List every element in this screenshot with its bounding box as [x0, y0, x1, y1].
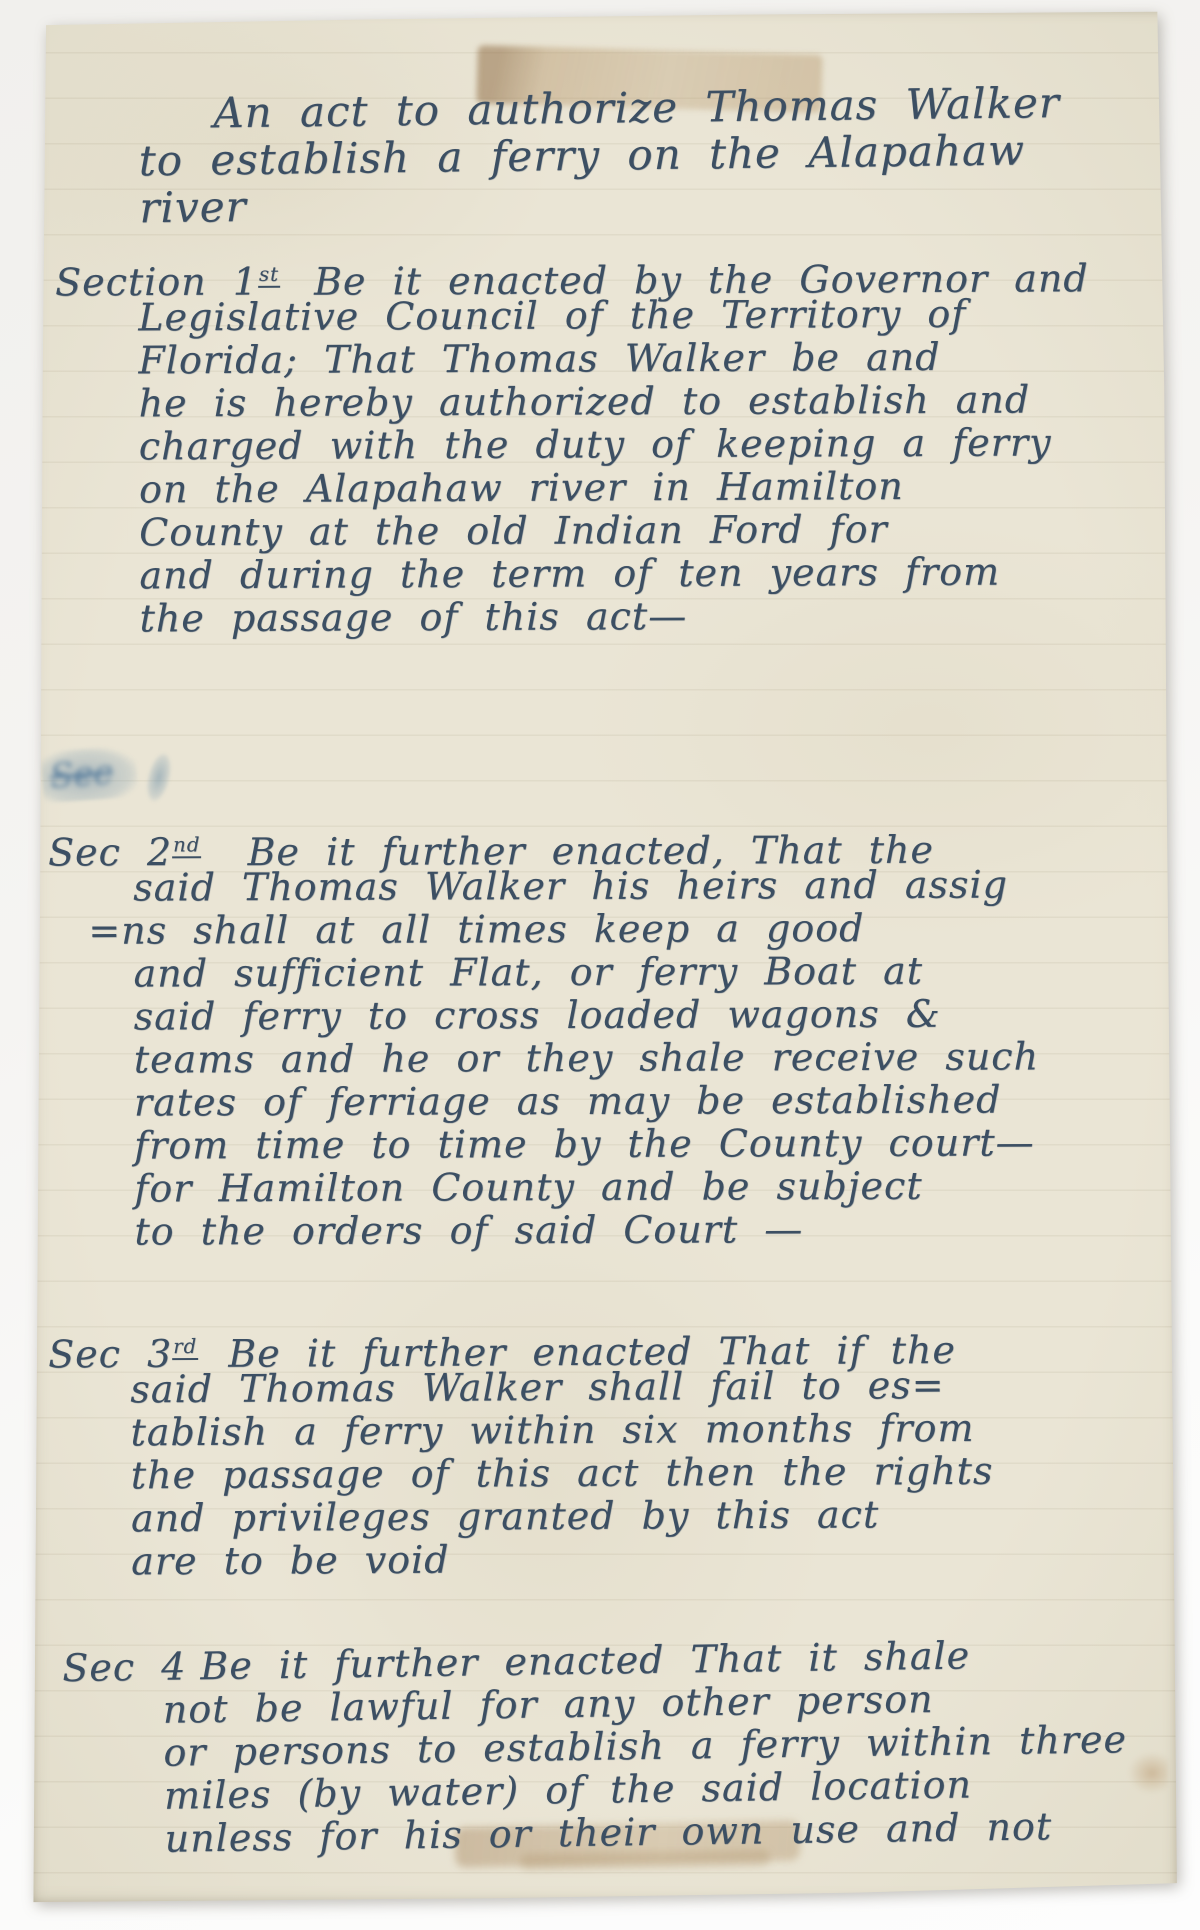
section-label-ordinal: rd	[172, 1335, 198, 1360]
manuscript-line: teams and he or they shale receive such	[134, 1035, 1200, 1082]
manuscript-line: Florida; That Thomas Walker be and	[138, 335, 1200, 383]
section-label-ordinal: nd	[172, 833, 201, 858]
manuscript-line: rates of ferriage as may be established	[134, 1078, 1200, 1125]
scanned-document-page: Sec An act to authorize Thomas Walkerto …	[0, 0, 1200, 1930]
ink-smudge-struck-word: Sec	[40, 745, 138, 804]
section-3: Sec 3rdBe it further enacted That if the…	[0, 1320, 1200, 1584]
manuscript-line: =ns shall at all times keep a good	[88, 906, 1200, 953]
manuscript-line: charged with the duty of keeping a ferry	[139, 421, 1200, 469]
manuscript-line: said ferry to cross loaded wagons &	[134, 992, 1200, 1039]
manuscript-line: tablish a ferry within six months from	[130, 1406, 1200, 1455]
manuscript-line: on the Alapahaw river in Hamilton	[139, 464, 1200, 512]
section-label-ordinal: st	[258, 263, 280, 288]
manuscript-line: and privileges granted by this act	[131, 1492, 1200, 1541]
document-title: An act to authorize Thomas Walkerto esta…	[0, 77, 1200, 233]
manuscript-line: for Hamilton County and be subject	[134, 1164, 1200, 1211]
manuscript-line: said Thomas Walker his heirs and assig	[133, 863, 1200, 910]
manuscript-line: he is hereby authorized to establish and	[139, 378, 1200, 426]
manuscript-line: the passage of this act then the rights	[131, 1449, 1200, 1498]
manuscript-line: said Thomas Walker shall fail to es=	[130, 1363, 1200, 1412]
section-1: Section 1stBe it enacted by the Governor…	[0, 249, 1200, 641]
section-2: Sec 2ndBe it further enacted, That thesa…	[0, 820, 1200, 1254]
manuscript-line: are to be void	[131, 1535, 1200, 1584]
manuscript-line: County at the old Indian Ford for	[139, 507, 1200, 555]
section-first-line: Section 1stBe it enacted by the Governor…	[55, 249, 1200, 297]
struck-margin-text: Sec	[40, 745, 138, 804]
section-4: Sec 4Be it further enacted That it shale…	[0, 1631, 1200, 1863]
manuscript-line: and during the term of ten years from	[139, 550, 1200, 598]
section-label: Sec 4	[62, 1644, 187, 1690]
manuscript-line: and sufficient Flat, or ferry Boat at	[133, 949, 1200, 996]
manuscript-line: to the orders of said Court —	[134, 1207, 1200, 1254]
manuscript-line: the passage of this act—	[139, 593, 1200, 641]
section-first-line: Sec 3rdBe it further enacted That if the	[48, 1320, 1200, 1369]
section-first-line: Sec 2ndBe it further enacted, That the	[48, 820, 1200, 867]
manuscript-line: from time to time by the County court—	[134, 1121, 1200, 1168]
